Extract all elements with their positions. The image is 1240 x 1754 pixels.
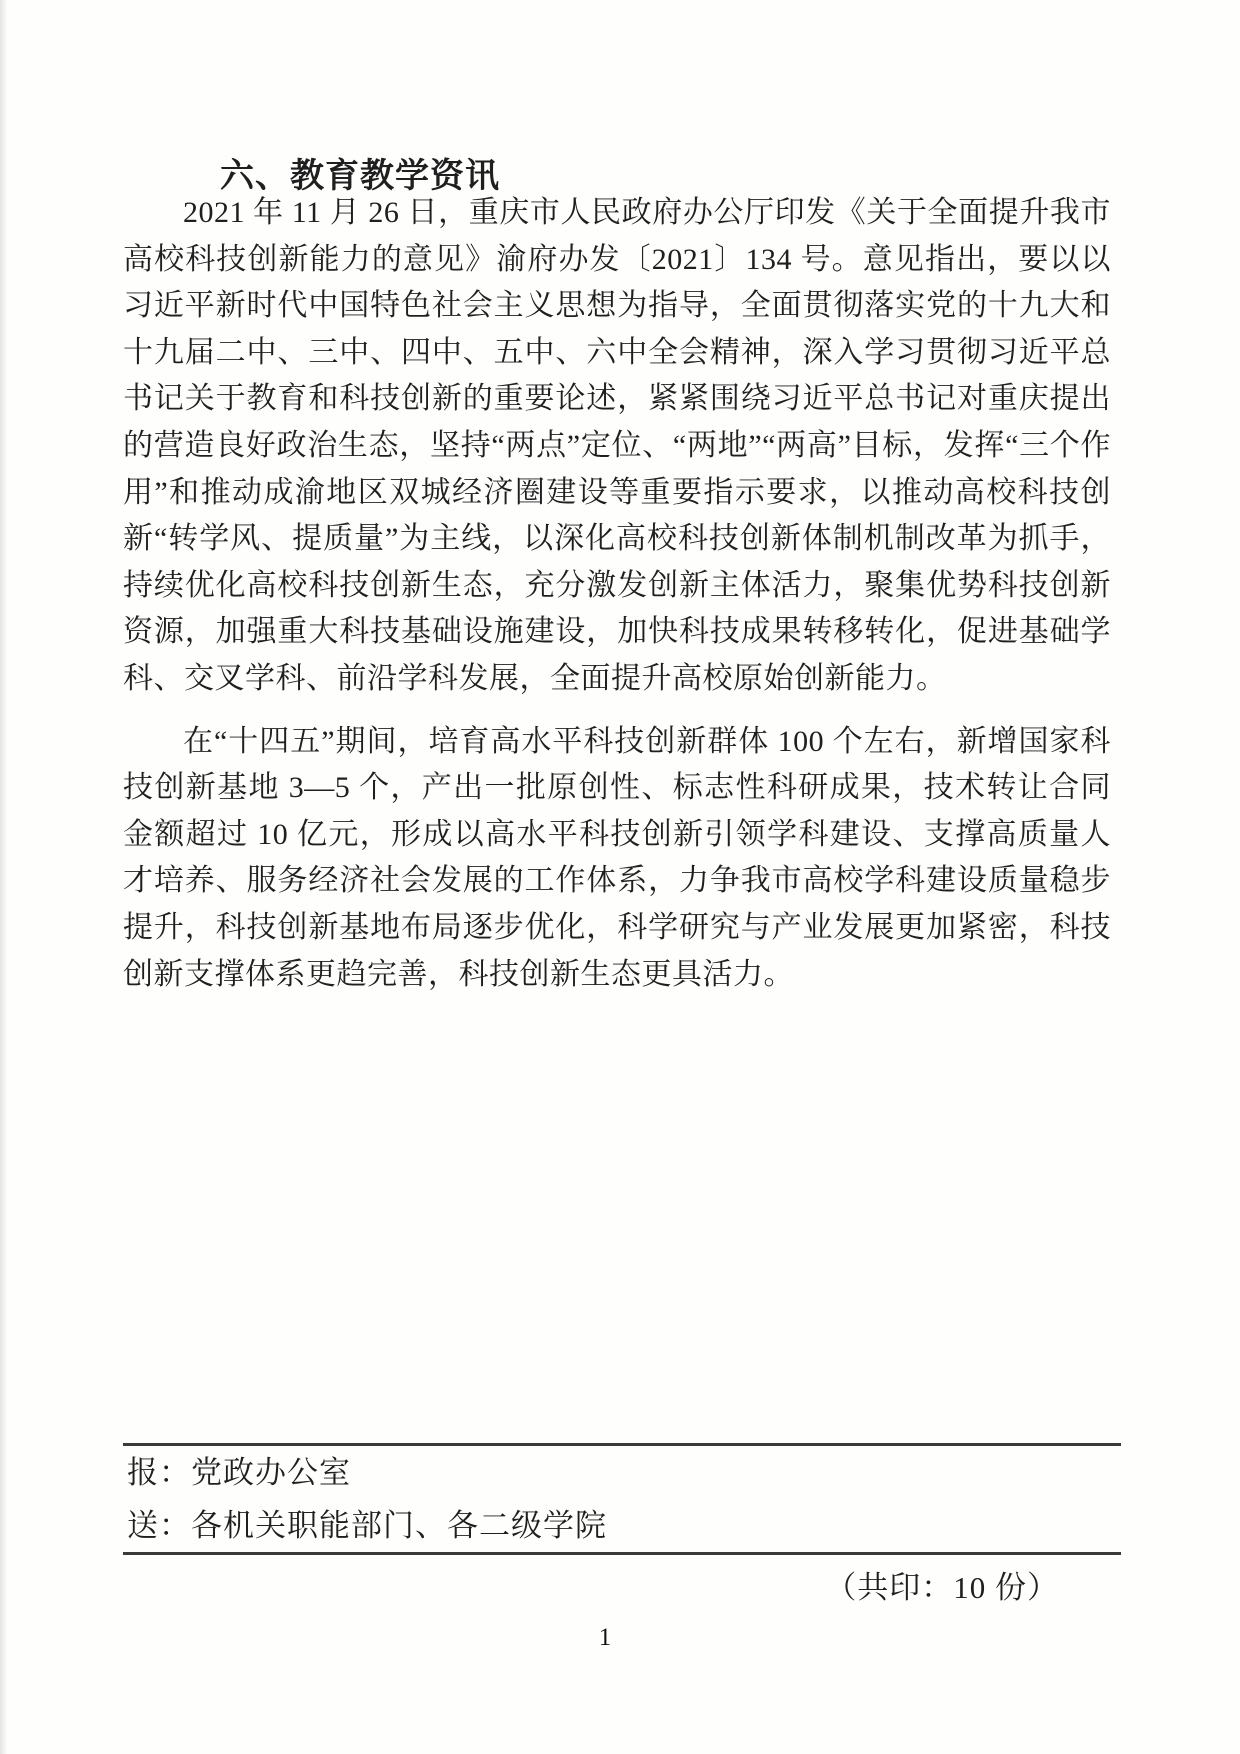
- print-copies-note: （共印：10 份）: [123, 1563, 1121, 1613]
- copy-recipient-line: 送：各机关职能部门、各二级学院: [123, 1499, 1121, 1552]
- body-paragraph-1: 2021 年 11 月 26 日，重庆市人民政府办公厅印发《关于全面提升我市高校…: [123, 190, 1111, 703]
- document-body: 2021 年 11 月 26 日，重庆市人民政府办公厅印发《关于全面提升我市高校…: [123, 190, 1111, 998]
- scan-edge-shadow: [0, 0, 7, 1754]
- report-recipient-line: 报：党政办公室: [123, 1446, 1121, 1499]
- distribution-footer: 报：党政办公室 送：各机关职能部门、各二级学院 （共印：10 份）: [123, 1443, 1121, 1613]
- footer-divider-bottom: [123, 1552, 1121, 1555]
- body-paragraph-2: 在“十四五”期间，培育高水平科技创新群体 100 个左右，新增国家科技创新基地 …: [123, 719, 1111, 999]
- page-number: 1: [575, 1624, 635, 1652]
- document-page: 六、教育教学资讯 2021 年 11 月 26 日，重庆市人民政府办公厅印发《关…: [0, 0, 1240, 1754]
